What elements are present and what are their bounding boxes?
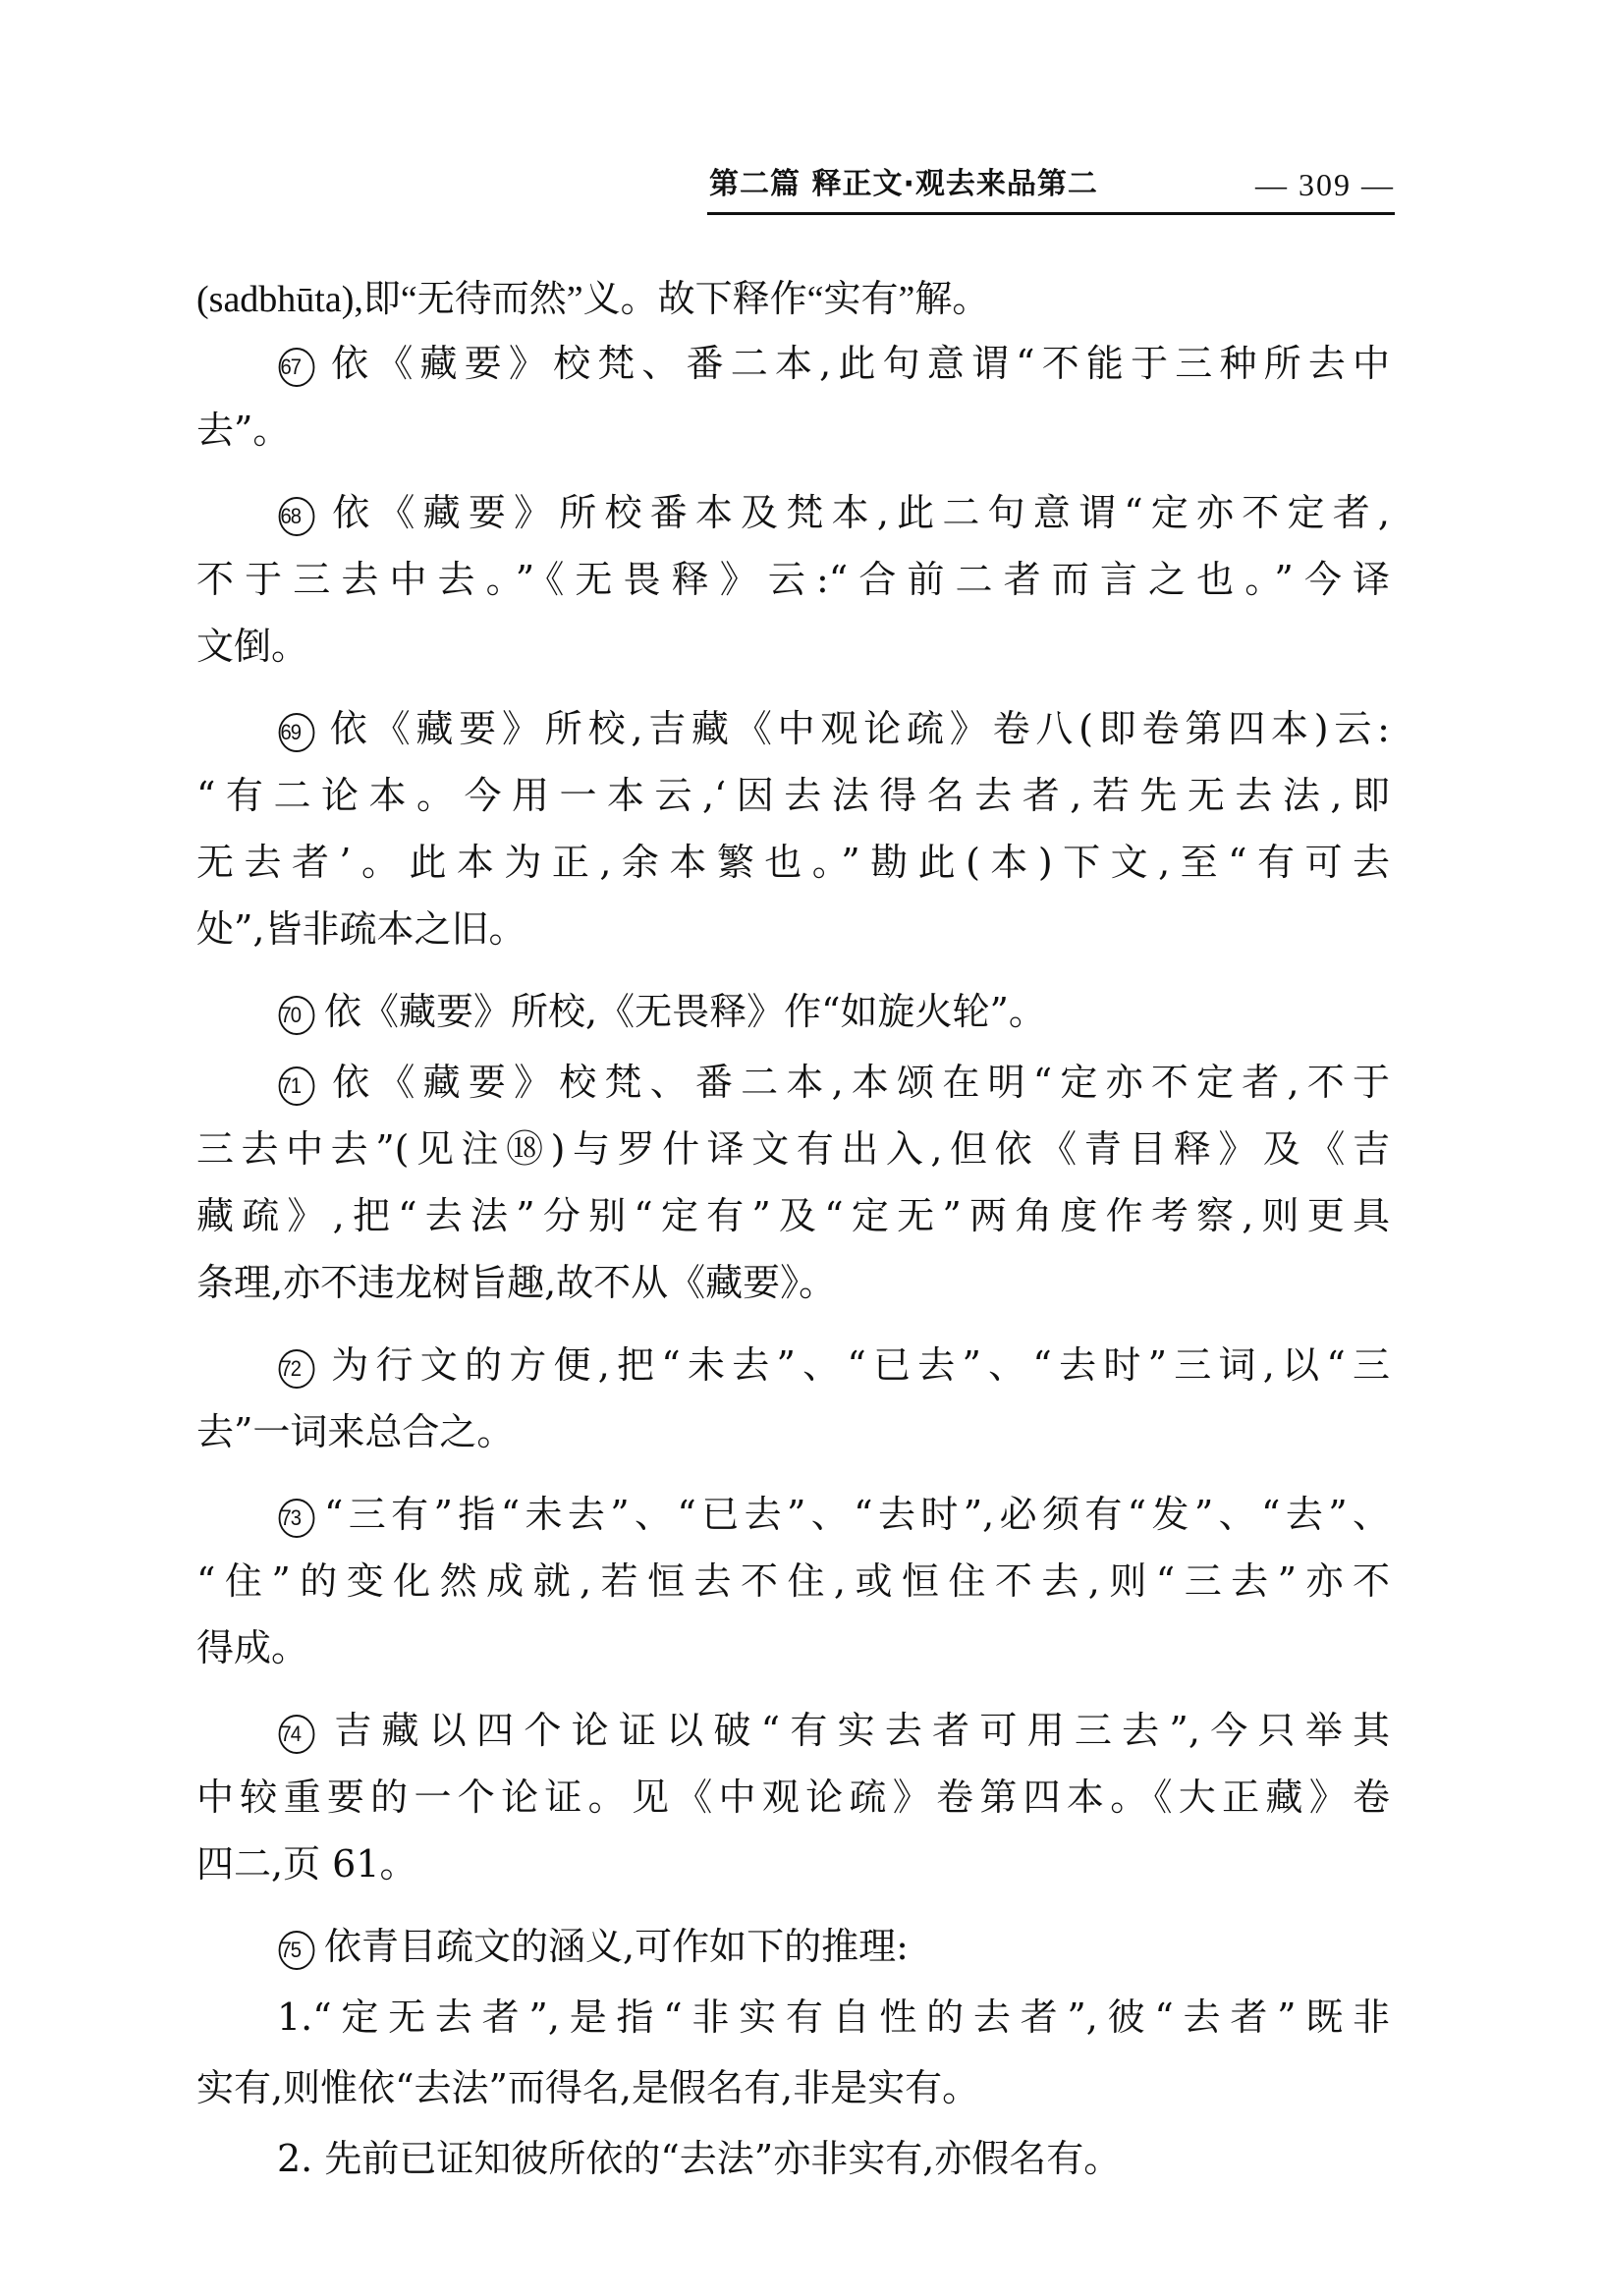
note-67-line-2: 去”。 [196, 405, 1390, 456]
note-72-line-1: 72为行文的方便,把“未去”、“已去”、“去时”三词,以“三 [277, 1339, 1390, 1391]
note-text: 藏疏》,把“去法”分别“定有”及“定无”两角度作考察,则更具 [196, 1194, 1390, 1237]
note-text: 为行文的方便,把“未去”、“已去”、“去时”三词,以“三 [324, 1343, 1390, 1387]
note-text: 实有,则惟依“去法”而得名,是假名有,非是实有。 [196, 2066, 979, 2109]
note-text: 得成。 [196, 1626, 308, 1669]
note-68-line-3: 文倒。 [196, 621, 1390, 672]
note-73-line-2: “住”的变化然成就,若恒去不住,或恒住不去,则“三去”亦不 [196, 1556, 1390, 1607]
note-text: 文倒。 [196, 625, 308, 668]
note-69-line-4: 处”,皆非疏本之旧。 [196, 903, 1390, 955]
note-text: 去”一词来总合之。 [196, 1410, 514, 1453]
note-text: 吉藏以四个论证以破“有实去者可用三去”,今只举其 [324, 1709, 1390, 1752]
note-71-line-3: 藏疏》,把“去法”分别“定有”及“定无”两角度作考察,则更具 [196, 1190, 1390, 1241]
note-71-line-1: 71依《藏要》校梵、番二本,本颂在明“定亦不定者,不于 [277, 1057, 1390, 1108]
note-68-line-1: 68依《藏要》所校番本及梵本,此二句意谓“定亦不定者, [277, 487, 1390, 538]
note-73-line-1: 73“三有”指“未去”、“已去”、“去时”,必须有“发”、“去”、 [277, 1489, 1390, 1540]
note-69-line-1: 69依《藏要》所校,吉藏《中观论疏》卷八(即卷第四本)云: [277, 703, 1390, 754]
note-74-line-3: 四二,页 61。 [196, 1838, 1390, 1889]
note-74-line-1: 74吉藏以四个论证以破“有实去者可用三去”,今只举其 [277, 1705, 1390, 1756]
circled-number-68: 68 [279, 497, 315, 536]
note-73-line-3: 得成。 [196, 1622, 1390, 1673]
running-title: 第二篇 释正文·观去来品第二 [709, 165, 1098, 204]
note-text: 三去中去”(见注⑱)与罗什译文有出入,但依《青目释》及《吉 [196, 1127, 1390, 1171]
circled-number-73: 73 [279, 1499, 315, 1538]
note-text: 依青目疏文的涵义,可作如下的推理: [324, 1925, 909, 1968]
note-71-line-4: 条理,亦不违龙树旨趣,故不从《藏要》。 [196, 1257, 1390, 1308]
note-text: 依《藏要》所校番本及梵本,此二句意谓“定亦不定者, [324, 491, 1390, 534]
text-line: (sadbhūta),即“无待而然”义。故下释作“实有”解。 [196, 273, 1390, 324]
note-text: 依《藏要》校梵、番二本,此句意谓“不能于三种所去中 [324, 342, 1390, 385]
note-text: 依《藏要》所校,《无畏释》作“如旋火轮”。 [324, 990, 1046, 1033]
circled-number-72: 72 [279, 1349, 315, 1389]
note-text: “住”的变化然成就,若恒去不住,或恒住不去,则“三去”亦不 [196, 1559, 1390, 1603]
note-text: 中较重要的一个论证。见《中观论疏》卷第四本。《大正藏》卷 [196, 1776, 1390, 1819]
note-text: 四二,页 61。 [196, 1842, 417, 1886]
note-text: “三有”指“未去”、“已去”、“去时”,必须有“发”、“去”、 [324, 1493, 1390, 1536]
circled-number-74: 74 [279, 1715, 315, 1754]
note-69-line-2: “有二论本。今用一本云,‘因去法得名去者,若先无去法,即 [196, 770, 1390, 821]
note-text: “有二论本。今用一本云,‘因去法得名去者,若先无去法,即 [196, 774, 1390, 817]
note-text: 去”。 [196, 409, 290, 452]
note-70-line-1: 70依《藏要》所校,《无畏释》作“如旋火轮”。 [277, 986, 1390, 1037]
note-75-line-1: 75依青目疏文的涵义,可作如下的推理: [277, 1921, 1390, 1972]
note-text: 1.“定无去者”,是指“非实有自性的去者”,彼“去者”既非 [277, 1995, 1390, 2039]
continuation-text: (sadbhūta),即“无待而然”义。故下释作“实有”解。 [196, 279, 989, 320]
reasoning-step-2-line-1: 2. 先前已证知彼所依的“去法”亦非实有,亦假名有。 [277, 2133, 1390, 2184]
note-67-line-1: 67依《藏要》校梵、番二本,此句意谓“不能于三种所去中 [277, 338, 1390, 389]
note-text: 依《藏要》校梵、番二本,本颂在明“定亦不定者,不于 [324, 1061, 1390, 1104]
circled-number-69: 69 [279, 713, 315, 752]
note-74-line-2: 中较重要的一个论证。见《中观论疏》卷第四本。《大正藏》卷 [196, 1772, 1390, 1823]
note-text: 2. 先前已证知彼所依的“去法”亦非实有,亦假名有。 [277, 2137, 1121, 2180]
note-71-line-2: 三去中去”(见注⑱)与罗什译文有出入,但依《青目释》及《吉 [196, 1123, 1390, 1175]
circled-number-70: 70 [279, 996, 315, 1035]
circled-number-67: 67 [279, 348, 315, 387]
note-text: 无去者’。此本为正,余本繁也。”勘此(本)下文,至“有可去 [196, 841, 1390, 884]
note-68-line-2: 不于三去中去。”《无畏释》云:“合前二者而言之也。”今译 [196, 554, 1390, 605]
note-text: 处”,皆非疏本之旧。 [196, 907, 526, 951]
circled-number-71: 71 [279, 1066, 315, 1106]
note-text: 依《藏要》所校,吉藏《中观论疏》卷八(即卷第四本)云: [324, 707, 1390, 750]
page-number: — 309 — [1255, 165, 1395, 204]
reasoning-step-1-line-2: 实有,则惟依“去法”而得名,是假名有,非是实有。 [196, 2062, 1390, 2113]
note-text: 不于三去中去。”《无畏释》云:“合前二者而言之也。”今译 [196, 558, 1390, 601]
page-header: 第二篇 释正文·观去来品第二 — 309 — [707, 165, 1395, 215]
note-72-line-2: 去”一词来总合之。 [196, 1406, 1390, 1457]
reasoning-step-1-line-1: 1.“定无去者”,是指“非实有自性的去者”,彼“去者”既非 [277, 1992, 1390, 2043]
note-69-line-3: 无去者’。此本为正,余本繁也。”勘此(本)下文,至“有可去 [196, 837, 1390, 888]
note-text: 条理,亦不违龙树旨趣,故不从《藏要》。 [196, 1261, 836, 1304]
circled-number-75: 75 [279, 1931, 315, 1970]
